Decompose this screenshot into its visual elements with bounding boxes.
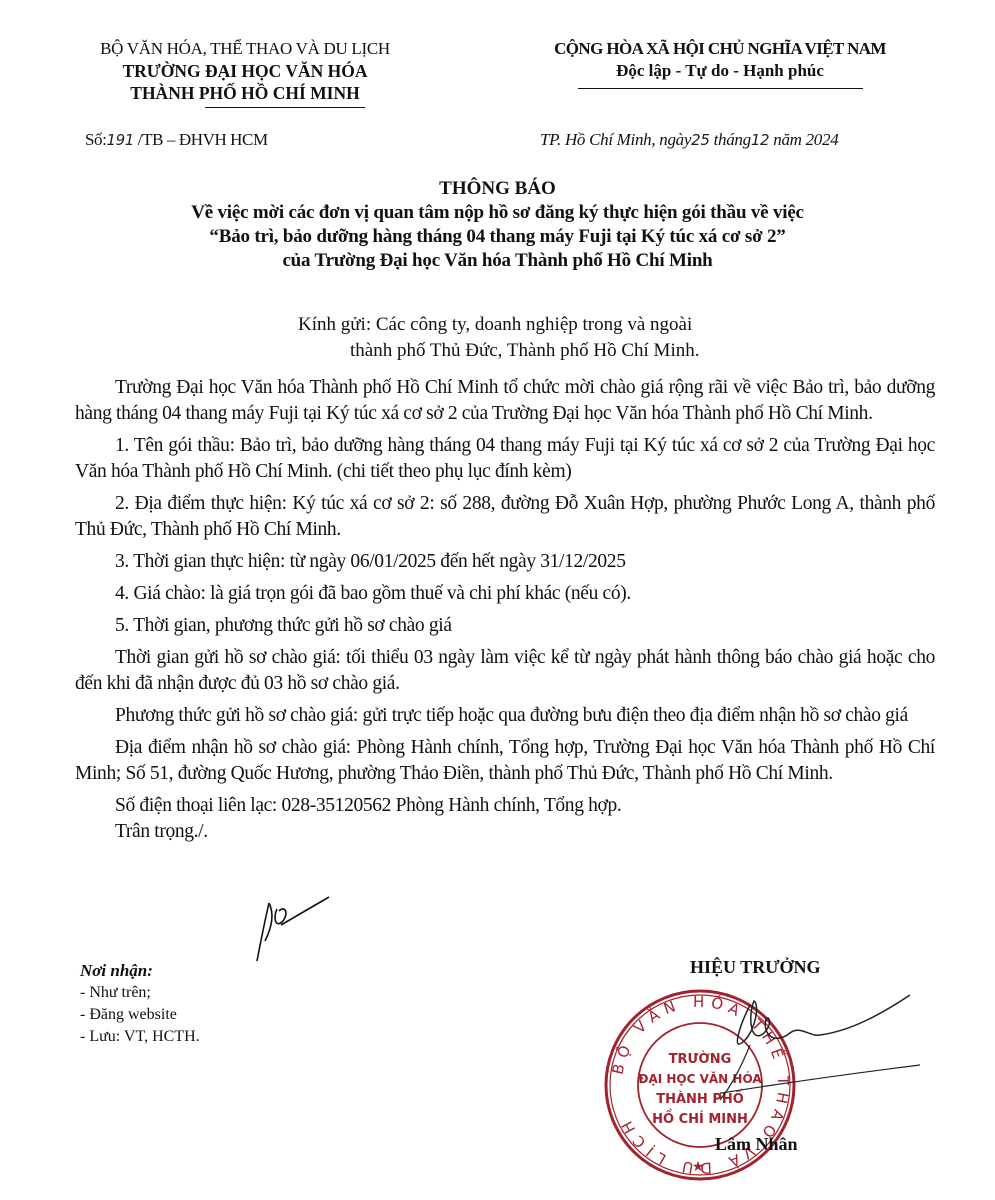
nation-name: CỘNG HÒA XÃ HỘI CHỦ NGHĨA VIỆT NAM	[500, 38, 940, 60]
item-3: 3. Thời gian thực hiện: từ ngày 06/01/20…	[75, 549, 935, 575]
item-2: 2. Địa điểm thực hiện: Ký túc xá cơ sở 2…	[75, 491, 935, 543]
recipients-block: Nơi nhận: - Như trên; - Đăng website - L…	[80, 960, 200, 1048]
school-name-line1: TRƯỜNG ĐẠI HỌC VĂN HÓA	[60, 60, 430, 82]
initials-mark-icon	[255, 895, 335, 965]
subject-line-2: “Bảo trì, bảo dưỡng hàng tháng 04 thang …	[60, 225, 935, 249]
item-5: 5. Thời gian, phương thức gửi hồ sơ chào…	[75, 613, 935, 639]
submit-time-paragraph: Thời gian gửi hồ sơ chào giá: tối thiểu …	[75, 645, 935, 697]
national-motto: Độc lập - Tự do - Hạnh phúc	[500, 60, 940, 82]
subject-line-1: Về việc mời các đơn vị quan tâm nộp hồ s…	[60, 201, 935, 225]
header-divider-right	[578, 88, 863, 89]
item-4: 4. Giá chào: là giá trọn gói đã bao gồm …	[75, 581, 935, 607]
date-prefix: TP. Hồ Chí Minh, ngày	[540, 130, 691, 149]
subject-line-3: của Trường Đại học Văn hóa Thành phố Hồ …	[60, 249, 935, 273]
submit-method-paragraph: Phương thức gửi hồ sơ chào giá: gửi trực…	[75, 703, 935, 729]
ministry-name: BỘ VĂN HÓA, THỂ THAO VÀ DU LỊCH	[60, 38, 430, 60]
date-month-label: tháng	[710, 130, 751, 149]
closing-line: Trân trọng./.	[75, 819, 935, 845]
issuer-header: BỘ VĂN HÓA, THỂ THAO VÀ DU LỊCH TRƯỜNG Đ…	[60, 38, 430, 104]
document-body: Trường Đại học Văn hóa Thành phố Hồ Chí …	[75, 375, 935, 845]
nation-header: CỘNG HÒA XÃ HỘI CHỦ NGHĨA VIỆT NAM Độc l…	[500, 38, 940, 82]
item-1: 1. Tên gói thầu: Bảo trì, bảo dưỡng hàng…	[75, 433, 935, 485]
date-line: TP. Hồ Chí Minh, ngày25 tháng12 năm 2024	[540, 130, 838, 150]
date-day-handwritten: 25	[691, 131, 710, 149]
date-month-handwritten: 12	[751, 131, 770, 149]
addressee-line-1: Kính gửi: Các công ty, doanh nghiệp tron…	[298, 312, 699, 338]
header-divider-left	[205, 107, 365, 108]
addressee: Kính gửi: Các công ty, doanh nghiệp tron…	[298, 312, 699, 364]
doc-number-prefix: Số:	[85, 130, 106, 149]
addressee-line-2: thành phố Thủ Đức, Thành phố Hồ Chí Minh…	[298, 338, 699, 364]
doc-number-handwritten: 191	[106, 131, 133, 149]
phone-paragraph: Số điện thoại liên lạc: 028-35120562 Phò…	[75, 793, 935, 819]
recipient-item: - Như trên;	[80, 982, 200, 1004]
document-title: THÔNG BÁO	[0, 178, 995, 200]
signer-title: HIỆU TRƯỞNG	[690, 957, 821, 978]
submit-place-paragraph: Địa điểm nhận hồ sơ chào giá: Phòng Hành…	[75, 735, 935, 787]
signature-scribble-icon	[720, 985, 920, 1115]
document-number: Số:191 /TB – ĐHVH HCM	[85, 130, 268, 150]
signer-name: Lâm Nhân	[715, 1134, 798, 1155]
doc-number-suffix: /TB – ĐHVH HCM	[134, 130, 268, 149]
svg-text:★: ★	[692, 1159, 705, 1175]
document-subject: Về việc mời các đơn vị quan tâm nộp hồ s…	[60, 201, 935, 273]
school-name-line2: THÀNH PHỐ HỒ CHÍ MINH	[60, 82, 430, 104]
date-year: năm 2024	[769, 130, 838, 149]
intro-paragraph: Trường Đại học Văn hóa Thành phố Hồ Chí …	[75, 375, 935, 427]
recipient-item: - Lưu: VT, HCTH.	[80, 1026, 200, 1048]
recipient-item: - Đăng website	[80, 1004, 200, 1026]
recipients-heading: Nơi nhận:	[80, 960, 200, 982]
